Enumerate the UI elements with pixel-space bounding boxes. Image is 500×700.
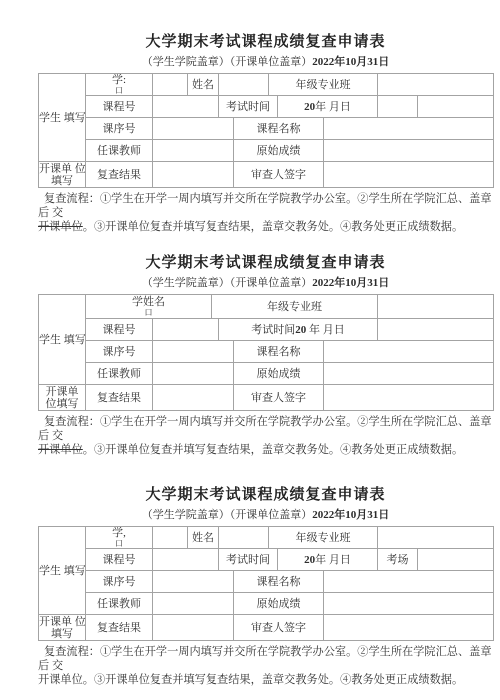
subtitle-date: 2022年10月31日	[312, 277, 389, 289]
label-student-id-line1: 学:	[86, 74, 152, 86]
field-review-result	[153, 162, 234, 188]
label-exam-time: 考试时间	[219, 96, 278, 118]
field-teacher	[153, 593, 234, 615]
form-title: 大学期末考试课程成绩复查申请表	[38, 34, 493, 51]
label-student-id-name: 学姓名 口	[86, 295, 212, 319]
field-reviewer-signature	[324, 615, 494, 641]
label-teacher: 任课教师	[86, 140, 153, 162]
row-group-student: 学生 填写	[39, 295, 86, 385]
field-grade-class	[378, 527, 494, 549]
tofu-box-glyph: 口	[86, 87, 152, 95]
footer-line-1: 复查流程：①学生在开学一周内填写并交所在学院教学办公室。②学生所在学院汇总、盖章…	[38, 192, 498, 220]
exam-time-label: 考试时间	[251, 324, 295, 336]
field-course-sequence	[153, 118, 234, 140]
field-exam-date	[378, 319, 494, 341]
label-original-score: 原始成绩	[234, 140, 324, 162]
label-grade-class: 年级专业班	[269, 74, 378, 96]
label-original-score: 原始成绩	[234, 593, 324, 615]
label-student-id: 学: 口	[86, 74, 153, 96]
field-student-id	[153, 74, 188, 96]
label-course-sequence: 课序号	[86, 118, 153, 140]
label-course-sequence: 课序号	[86, 341, 153, 363]
label-grade-class: 年级专业班	[269, 527, 378, 549]
label-exam-room: 考场	[378, 549, 418, 571]
field-reviewer-signature	[324, 385, 494, 411]
label-grade-class: 年级专业班	[212, 295, 378, 319]
row-group-course-unit: 开课单 位 填写	[39, 615, 86, 641]
field-review-result	[153, 385, 234, 411]
row-group-course-unit-line1: 开课单 位	[39, 616, 85, 628]
field-course-name	[324, 341, 494, 363]
grade-review-table-3: 学生 填写 学, 口 姓名 年级专业班 课程号 考试时间 20年 月日 考场	[38, 526, 494, 641]
row-group-course-unit-line1: 开课单	[39, 386, 85, 398]
label-course-number: 课程号	[86, 549, 153, 571]
label-reviewer-signature: 审查人签字	[234, 162, 324, 188]
exam-year-prefix: 20	[304, 101, 315, 113]
field-extra-2	[418, 96, 494, 118]
row-group-course-unit-line2: 填写	[39, 175, 85, 187]
exam-date-placeholder: 年 月日	[306, 324, 345, 336]
label-course-name: 课程名称	[234, 571, 324, 593]
grade-review-table-2: 学生 填写 学姓名 口 年级专业班 课程号 考试时间20 年 月日 课序号 课程…	[38, 294, 494, 411]
footer-line-2: 开课单位。③开课单位复查并填写复查结果，盖章交教务处。④教务处更正成绩数据。	[38, 220, 498, 234]
label-exam-time-date: 考试时间20 年 月日	[219, 319, 378, 341]
subtitle-stamps: （学生学院盖章）（开课单位盖章）	[142, 277, 313, 289]
field-original-score	[324, 593, 494, 615]
exam-year-prefix: 20	[304, 554, 315, 566]
exam-date-placeholder: 年 月日	[315, 554, 351, 566]
field-reviewer-signature	[324, 162, 494, 188]
row-group-course-unit-line1: 开课单 位	[39, 163, 85, 175]
footer-line-2: 开课单位。③开课单位复查并填写复查结果，盖章交教务处。④教务处更正成绩数据。	[38, 673, 498, 687]
form-section-3: 大学期末考试课程成绩复查申请表 （学生学院盖章）（开课单位盖章）2022年10月…	[38, 487, 493, 687]
field-course-sequence	[153, 571, 234, 593]
field-original-score	[324, 363, 494, 385]
field-course-number	[153, 549, 219, 571]
exam-date-placeholder: 年 月日	[315, 101, 351, 113]
label-course-number: 课程号	[86, 319, 153, 341]
field-grade-class	[378, 74, 494, 96]
footer-line-1: 复查流程：①学生在开学一周内填写并交所在学院教学办公室。②学生所在学院汇总、盖章…	[38, 415, 498, 443]
field-course-name	[324, 118, 494, 140]
footer-line-1: 复查流程：①学生在开学一周内填写并交所在学院教学办公室。②学生所在学院汇总、盖章…	[38, 645, 498, 673]
form-subtitle: （学生学院盖章）（开课单位盖章）2022年10月31日	[38, 277, 493, 290]
subtitle-stamps: （学生学院盖章）（开课单位盖章）	[142, 56, 313, 68]
field-exam-room	[418, 549, 494, 571]
label-reviewer-signature: 审查人签字	[234, 615, 324, 641]
footer-line-2-rest: 开课单位。③开课单位复查并填写复查结果，盖章交教务处。④教务处更正成绩数据。	[38, 674, 463, 686]
exam-year-prefix: 20	[295, 324, 306, 336]
field-course-number	[153, 96, 219, 118]
tofu-box-glyph: 口	[86, 540, 152, 548]
footer-strike-text: 开课单位	[38, 221, 83, 233]
form-subtitle: （学生学院盖章）（开课单位盖章）2022年10月31日	[38, 509, 493, 522]
row-group-student: 学生 填写	[39, 527, 86, 615]
label-review-result: 复查结果	[86, 385, 153, 411]
label-teacher: 任课教师	[86, 363, 153, 385]
footer-note: 复查流程：①学生在开学一周内填写并交所在学院教学办公室。②学生所在学院汇总、盖章…	[38, 645, 498, 687]
row-group-course-unit-line2: 位填写	[39, 398, 85, 410]
label-course-name: 课程名称	[234, 118, 324, 140]
label-review-result: 复查结果	[86, 162, 153, 188]
document-page: 大学期末考试课程成绩复查申请表 （学生学院盖章）（开课单位盖章）2022年10月…	[0, 0, 500, 687]
label-course-name: 课程名称	[234, 341, 324, 363]
label-name: 姓名	[188, 74, 219, 96]
label-teacher: 任课教师	[86, 593, 153, 615]
form-title: 大学期末考试课程成绩复查申请表	[38, 255, 493, 272]
field-extra-1	[378, 96, 418, 118]
tofu-box-glyph: 口	[86, 309, 211, 317]
footer-line-2-rest: 。③开课单位复查并填写复查结果，盖章交教务处。④教务处更正成绩数据。	[83, 444, 463, 456]
label-name: 姓名	[188, 527, 219, 549]
field-course-number	[153, 319, 219, 341]
label-course-sequence: 课序号	[86, 571, 153, 593]
form-section-2: 大学期末考试课程成绩复查申请表 （学生学院盖章）（开课单位盖章）2022年10月…	[38, 255, 493, 457]
label-student-id-line1: 学姓名	[86, 296, 211, 308]
field-course-name	[324, 571, 494, 593]
row-group-course-unit: 开课单 位填写	[39, 385, 86, 411]
subtitle-date: 2022年10月31日	[312, 56, 389, 68]
footer-note: 复查流程：①学生在开学一周内填写并交所在学院教学办公室。②学生所在学院汇总、盖章…	[38, 192, 498, 234]
label-exam-time: 考试时间	[219, 549, 278, 571]
grade-review-table-1: 学生 填写 学: 口 姓名 年级专业班 课程号 考试时间 20年 月日	[38, 73, 494, 188]
field-teacher	[153, 140, 234, 162]
row-group-course-unit: 开课单 位 填写	[39, 162, 86, 188]
field-course-sequence	[153, 341, 234, 363]
form-section-1: 大学期末考试课程成绩复查申请表 （学生学院盖章）（开课单位盖章）2022年10月…	[38, 34, 493, 234]
field-original-score	[324, 140, 494, 162]
form-title: 大学期末考试课程成绩复查申请表	[38, 487, 493, 504]
field-name	[219, 74, 269, 96]
footer-line-2: 开课单位。③开课单位复查并填写复查结果，盖章交教务处。④教务处更正成绩数据。	[38, 443, 498, 457]
label-review-result: 复查结果	[86, 615, 153, 641]
field-exam-date: 20年 月日	[278, 96, 378, 118]
label-reviewer-signature: 审查人签字	[234, 385, 324, 411]
subtitle-stamps: （学生学院盖章）（开课单位盖章）	[142, 509, 313, 521]
label-original-score: 原始成绩	[234, 363, 324, 385]
footer-note: 复查流程：①学生在开学一周内填写并交所在学院教学办公室。②学生所在学院汇总、盖章…	[38, 415, 498, 457]
label-student-id: 学, 口	[86, 527, 153, 549]
label-student-id-line1: 学,	[86, 527, 152, 539]
field-review-result	[153, 615, 234, 641]
field-teacher	[153, 363, 234, 385]
field-exam-date: 20年 月日	[278, 549, 378, 571]
footer-line-2-rest: 。③开课单位复查并填写复查结果，盖章交教务处。④教务处更正成绩数据。	[83, 221, 463, 233]
subtitle-date: 2022年10月31日	[312, 509, 389, 521]
label-course-number: 课程号	[86, 96, 153, 118]
footer-strike-text: 开课单位	[38, 444, 83, 456]
field-grade-class	[378, 295, 494, 319]
field-student-id	[153, 527, 188, 549]
row-group-course-unit-line2: 填写	[39, 628, 85, 640]
field-name	[219, 527, 269, 549]
row-group-student: 学生 填写	[39, 74, 86, 162]
form-subtitle: （学生学院盖章）（开课单位盖章）2022年10月31日	[38, 56, 493, 69]
